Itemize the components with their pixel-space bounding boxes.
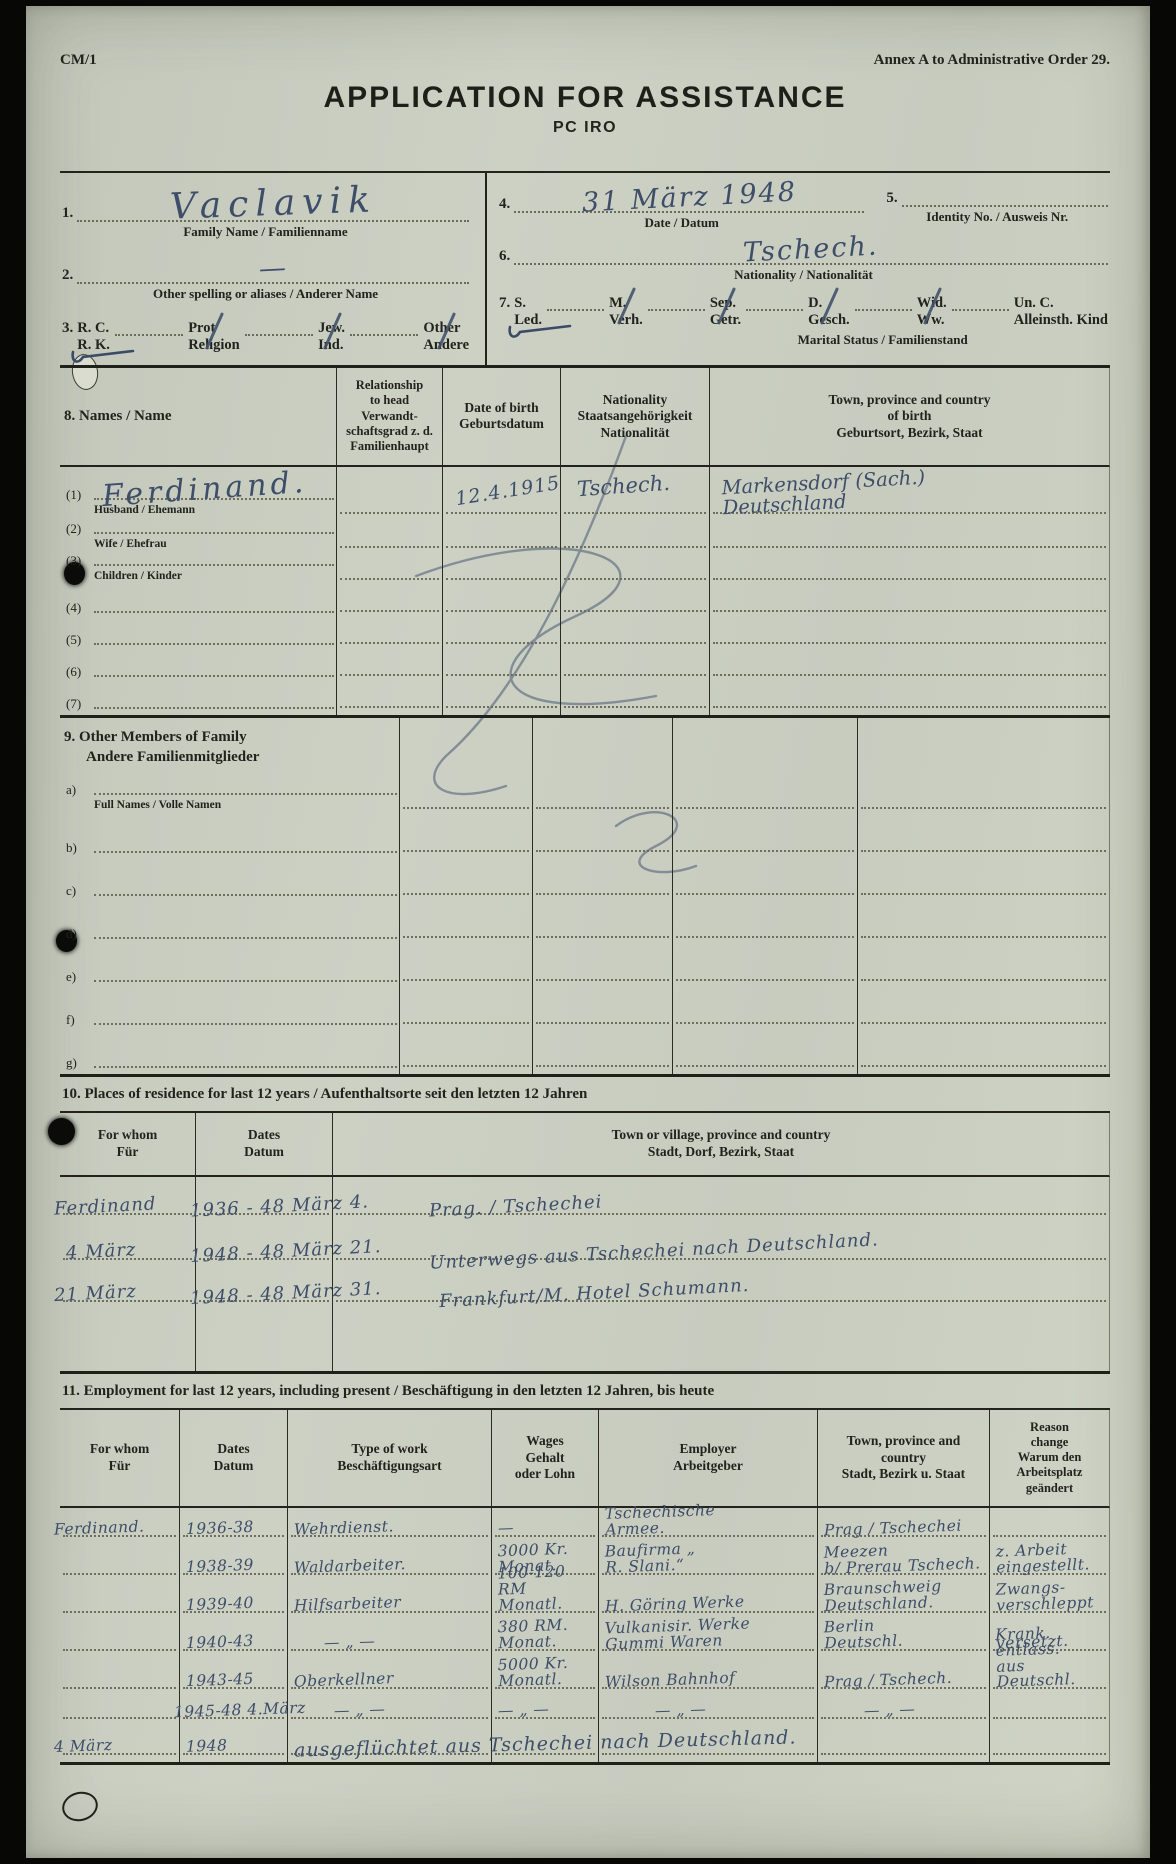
handwritten-work: Oberkellner (294, 1671, 394, 1690)
table-row-name: (4) (60, 587, 337, 619)
handwritten-town: Unterwegs aus Tschechei nach Deutschland… (429, 1232, 879, 1272)
handwritten-ditto: — „ — (655, 1702, 707, 1720)
handwritten-nationality: Tschech. (576, 471, 670, 501)
family-names-table: 8. Names / Name Relationship to head Ver… (60, 368, 1110, 718)
employer-cell: Vulkanisir. Werke Gummi Waren (599, 1620, 818, 1658)
work-cell: — „ — (288, 1696, 492, 1726)
s9-heading: 9. Other Members of FamilyAndere Familie… (60, 718, 400, 776)
field-number: 7. (499, 295, 510, 312)
field-number: 6. (499, 248, 510, 265)
s8-col-relationship: Relationship to head Verwandt- schaftsgr… (337, 368, 443, 467)
field-number: 4. (499, 196, 510, 213)
scanned-document-page: CM/1 Annex A to Administrative Order 29.… (0, 0, 1176, 1864)
field-label: Nationality / Nationalität (499, 267, 1108, 283)
handwritten-town: Prag. / Tschechei (429, 1194, 603, 1219)
handwritten-ditto: — „ — (498, 1702, 550, 1720)
handwritten-birthplace: Markensdorf (Sach.) Deutschland (721, 467, 926, 517)
dotted-leader (547, 309, 604, 311)
empty-cell (400, 859, 533, 902)
nationality-cell (561, 651, 710, 683)
handwritten-wages: — (498, 1521, 515, 1537)
empty-cell (400, 988, 533, 1031)
town-cell: Prag / Tschechei (818, 1508, 990, 1544)
religion-option-rc: R. C.R. K. (77, 320, 110, 355)
field-marital-status: 7. S.Led. M.Verh. Sep.Getr. (499, 295, 1108, 348)
wages-cell: — (492, 1508, 599, 1544)
table-row-name: (7) (60, 683, 337, 715)
town-cell: Frankfurt/M. Hotel Schumann. (333, 1267, 1110, 1309)
handwritten-dates: 1936-38 (186, 1520, 254, 1538)
dotted-line (94, 1021, 397, 1025)
handwritten-wages: 380 RM. Monat. (497, 1618, 569, 1652)
table-row-member: g) (60, 1031, 400, 1074)
for-whom-cell: 4 März (60, 1222, 196, 1267)
empty-cell (333, 1309, 1110, 1371)
identity-fields-block: 1. Vaclavik Family Name / Familienname 2… (60, 171, 1110, 368)
handwritten-dates: 1938-39 (186, 1558, 254, 1576)
empty-cell (673, 902, 858, 945)
handwritten-wages: 5000 Kr. Monatl. (497, 1656, 569, 1690)
nationality-cell (561, 555, 710, 587)
handwritten-ditto: — „ — (864, 1702, 916, 1720)
table-row-member: c) (60, 859, 400, 902)
check-mark (69, 347, 139, 367)
birthplace-cell (710, 587, 1110, 619)
empty-cell (400, 718, 533, 776)
dob-cell (443, 683, 561, 715)
header-annex: Annex A to Administrative Order 29. (874, 52, 1110, 69)
empty-cell (858, 859, 1110, 902)
header-form-code: CM/1 (60, 52, 97, 69)
marital-option-widowed: Wid.Ww. (917, 295, 947, 330)
handwritten-work: — „ — (324, 1634, 376, 1652)
s8-col-date-of-birth: Date of birth Geburtsdatum (443, 368, 561, 467)
reason-cell: Krank. entlass. aus Deutschl. (990, 1658, 1110, 1696)
s11-col-work: Type of work Beschäftigungsart (288, 1410, 492, 1508)
s11-heading: 11. Employment for last 12 years, includ… (60, 1374, 1110, 1408)
for-whom-cell (60, 1544, 180, 1582)
handwritten-town: Frankfurt/M. Hotel Schumann. (439, 1277, 750, 1309)
dob-cell: 12.4.1915 (443, 467, 561, 521)
dates-cell: 1943-45 (180, 1658, 288, 1696)
dob-cell (443, 651, 561, 683)
dates-cell: 1936-38 (180, 1508, 288, 1544)
empty-cell (400, 1031, 533, 1074)
s11-col-wages: Wages Gehalt oder Lohn (492, 1410, 599, 1508)
empty-cell (673, 718, 858, 776)
dates-cell: 1940-43 (180, 1620, 288, 1658)
dotted-leader (855, 309, 912, 311)
handwritten-for-whom: Ferdinand. (54, 1519, 145, 1538)
dates-cell: 1945-48 4.März (180, 1696, 288, 1726)
religion-option-prot: ProtReligion (188, 320, 240, 355)
empty-cell (60, 1309, 196, 1371)
s11-col-dates: Dates Datum (180, 1410, 288, 1508)
handwritten-dates: 1945-48 4.März (174, 1701, 306, 1721)
reason-cell (990, 1696, 1110, 1726)
table-row-name: (2) Wife / Ehefrau (60, 521, 337, 555)
handwritten-family-name: Vaclavik (169, 185, 377, 223)
table-row-name: (3) Children / Kinder (60, 555, 337, 587)
employer-cell: Tschechische Armee. (599, 1508, 818, 1544)
s11-col-for-whom: For whom Für (60, 1410, 180, 1508)
field-label: Family Name / Familienname (62, 224, 469, 240)
s11-col-town: Town, province and country Stadt, Bezirk… (818, 1410, 990, 1508)
wages-cell: 100-120 RM Monatl. (492, 1582, 599, 1620)
nationality-cell (561, 619, 710, 651)
handwritten-employer: Tschechische Armee. (604, 1503, 715, 1538)
dotted-line (94, 641, 334, 645)
dates-cell: 1938-39 (180, 1544, 288, 1582)
handwritten-reason: Zwangs- verschleppt (995, 1579, 1094, 1614)
field-label: Marital Status / Familienstand (499, 332, 1108, 348)
employment-table: For whom Für Dates Datum Type of work Be… (60, 1408, 1110, 1765)
table-row-name: (5) (60, 619, 337, 651)
town-cell: Braunschweig Deutschland. (818, 1582, 990, 1620)
empty-cell (673, 1031, 858, 1074)
handwritten-employer: Wilson Bahnhof (605, 1671, 736, 1691)
birthplace-cell (710, 619, 1110, 651)
for-whom-cell: 21 März (60, 1267, 196, 1309)
dates-cell: 1936 - 48 März 4. (196, 1177, 333, 1222)
for-whom-cell (60, 1658, 180, 1696)
s11-col-employer: Employer Arbeitgeber (599, 1410, 818, 1508)
handwritten-dates: 1939-40 (186, 1596, 254, 1614)
empty-cell (858, 945, 1110, 988)
religion-option-jew: Jew.Ind. (318, 320, 345, 355)
dotted-line (94, 562, 334, 566)
field-label: Date / Datum (499, 215, 864, 231)
form-title: APPLICATION FOR ASSISTANCE (60, 81, 1110, 115)
employer-cell: — „ — (599, 1696, 818, 1726)
dotted-leader (952, 309, 1009, 311)
empty-cell (858, 816, 1110, 859)
other-family-table: 9. Other Members of FamilyAndere Familie… (60, 718, 1110, 1077)
handwritten-town: Berlin Deutschl. (823, 1618, 903, 1652)
dates-cell: 1948 (180, 1726, 288, 1762)
handwritten-for-whom: 4 März (66, 1242, 137, 1262)
table-row-member: b) (60, 816, 400, 859)
row-label: Wife / Ehefrau (62, 537, 334, 552)
field-family-name: 1. Vaclavik Family Name / Familienname (62, 189, 469, 240)
dates-cell: 1948 - 48 März 31. (196, 1267, 333, 1309)
handwritten-for-whom: 4 März (54, 1738, 113, 1756)
field-other-spelling: 2. — Other spelling or aliases / Anderer… (62, 258, 469, 302)
field-nationality: 6. Tschech. Nationality / Nationalität (499, 239, 1108, 283)
handwritten-date: 31 März 1948 (581, 181, 797, 215)
handwritten-employer: Baufirma „ R. Slani.“ (604, 1542, 696, 1577)
empty-cell (533, 859, 673, 902)
for-whom-cell (60, 1582, 180, 1620)
dotted-line (94, 705, 334, 709)
work-cell: Oberkellner (288, 1658, 492, 1696)
field-number: 1. (62, 205, 73, 222)
empty-cell (673, 859, 858, 902)
table-row-member: d) (60, 902, 400, 945)
s8-col-birthplace: Town, province and country of birth Gebu… (710, 368, 1110, 467)
table-row-member: e) (60, 945, 400, 988)
dotted-line (94, 935, 397, 939)
dotted-leader (245, 334, 313, 336)
empty-cell (400, 945, 533, 988)
form-subtitle: PC IRO (60, 119, 1110, 137)
dotted-line: Tschech. (514, 239, 1108, 265)
dob-cell (443, 555, 561, 587)
for-whom-cell: Ferdinand. (60, 1508, 180, 1544)
handwritten-town: Meezen b/ Prerau Tschech. (823, 1540, 980, 1577)
field-number: 2. (62, 267, 73, 284)
employer-cell: H. Göring Werke (599, 1582, 818, 1620)
empty-cell (858, 718, 1110, 776)
table-row-member: a) Full Names / Volle Namen (60, 776, 400, 816)
handwritten-town: Prag / Tschechei (824, 1519, 962, 1540)
dob-cell (443, 587, 561, 619)
field-religion: 3. R. C.R. K. ProtReligion Jew.Ind. (62, 320, 469, 355)
work-cell: Wehrdienst. (288, 1508, 492, 1544)
relationship-cell (337, 619, 443, 651)
s10-col-for-whom: For whom Für (60, 1113, 196, 1177)
birthplace-cell: Markensdorf (Sach.) Deutschland (710, 467, 1110, 521)
table-row-member: f) (60, 988, 400, 1031)
handwritten-ditto: — „ — (334, 1702, 386, 1720)
town-cell: Unterwegs aus Tschechei nach Deutschland… (333, 1222, 1110, 1267)
empty-cell (858, 1031, 1110, 1074)
handwritten-reason: z. Arbeit eingestellt. (995, 1542, 1090, 1577)
handwritten-nationality: Tschech. (743, 235, 879, 265)
for-whom-cell: 4 März (60, 1726, 180, 1762)
dates-cell: 1939-40 (180, 1582, 288, 1620)
for-whom-cell: Ferdinand (60, 1177, 196, 1222)
s10-heading: 10. Places of residence for last 12 year… (60, 1077, 1110, 1111)
empty-cell (533, 945, 673, 988)
relationship-cell (337, 555, 443, 587)
field-number: 5. (886, 190, 897, 207)
field-label: Other spelling or aliases / Anderer Name (62, 286, 469, 302)
handwritten-reason: Krank. entlass. aus Deutschl. (995, 1624, 1104, 1691)
wages-cell: 5000 Kr. Monatl. (492, 1658, 599, 1696)
handwritten-for-whom: 21 März (54, 1283, 138, 1304)
empty-cell (400, 902, 533, 945)
nationality-cell (561, 683, 710, 715)
dotted-line: — (77, 258, 469, 284)
marital-option-unaccompanied-child: Un. C.Alleinsth. Kind (1014, 295, 1108, 330)
empty-cell (533, 1031, 673, 1074)
for-whom-cell (60, 1620, 180, 1658)
dates-cell: 1948 - 48 März 21. (196, 1222, 333, 1267)
town-cell: Prag. / Tschechei (333, 1177, 1110, 1222)
birthplace-cell (710, 683, 1110, 715)
dotted-leader (648, 309, 705, 311)
empty-cell (673, 988, 858, 1031)
empty-cell (196, 1309, 333, 1371)
empty-cell (673, 816, 858, 859)
handwritten-town: Braunschweig Deutschland. (823, 1579, 942, 1615)
relationship-cell (337, 587, 443, 619)
dotted-line: 31 März 1948 (514, 187, 864, 213)
dotted-line (94, 530, 334, 534)
empty-cell (533, 718, 673, 776)
empty-cell (400, 816, 533, 859)
empty-cell (858, 902, 1110, 945)
dob-cell (443, 521, 561, 555)
relationship-cell (337, 467, 443, 521)
s8-heading: 8. Names / Name (60, 368, 337, 467)
relationship-cell (337, 651, 443, 683)
handwritten-dates: 1948 (186, 1738, 228, 1755)
handwritten-town: Prag / Tschech. (824, 1671, 953, 1691)
dotted-line (94, 1064, 397, 1068)
handwritten-employer: H. Göring Werke (605, 1595, 745, 1616)
for-whom-cell (60, 1696, 180, 1726)
work-cell: Waldarbeiter. (288, 1544, 492, 1582)
handwritten-work: Wehrdienst. (294, 1519, 394, 1538)
s8-col-nationality: Nationality Staatsangehörigkeit National… (561, 368, 710, 467)
dotted-line (94, 609, 334, 613)
marital-option-divorced: D.Gesch. (808, 295, 849, 330)
town-cell (818, 1726, 990, 1762)
handwritten-employer: Vulkanisir. Werke Gummi Waren (604, 1617, 751, 1654)
dotted-leader (746, 309, 803, 311)
employer-cell: Wilson Bahnhof (599, 1658, 818, 1696)
town-cell: Berlin Deutschl. (818, 1620, 990, 1658)
empty-cell (858, 988, 1110, 1031)
birthplace-cell (710, 651, 1110, 683)
dotted-line: Vaclavik (77, 189, 469, 222)
empty-cell (533, 988, 673, 1031)
relationship-cell (337, 521, 443, 555)
religion-option-other: OtherAndere (423, 320, 469, 355)
table-row-name: (6) (60, 651, 337, 683)
field-label: Identity No. / Ausweis Nr. (886, 209, 1108, 225)
dotted-line (94, 791, 397, 795)
handwritten-work: Waldarbeiter. (294, 1557, 406, 1577)
handwritten-wages: 100-120 RM Monatl. (497, 1564, 593, 1615)
town-cell: — „ — (818, 1696, 990, 1726)
birthplace-cell (710, 555, 1110, 587)
empty-cell (400, 776, 533, 816)
note-cell: ausgeflüchtet aus Tschechei nach Deutsch… (288, 1726, 492, 1762)
marital-option-separated: Sep.Getr. (710, 295, 741, 330)
dotted-leader (350, 334, 418, 336)
handwritten-dates: 1940-43 (186, 1634, 254, 1652)
punch-hole-outline (59, 1788, 101, 1825)
marital-option-married: M.Verh. (609, 295, 643, 330)
check-mark (506, 322, 576, 342)
paper-sheet: CM/1 Annex A to Administrative Order 29.… (26, 6, 1150, 1858)
dotted-leader (115, 334, 183, 336)
reason-cell (990, 1726, 1110, 1762)
empty-cell (533, 776, 673, 816)
field-date: 4. 31 März 1948 Date / Datum (499, 187, 864, 231)
dob-cell (443, 619, 561, 651)
dotted-line (902, 187, 1108, 207)
town-cell: Prag / Tschech. (818, 1658, 990, 1696)
empty-cell (533, 816, 673, 859)
handwritten-for-whom: Ferdinand (54, 1196, 157, 1218)
reason-cell (990, 1508, 1110, 1544)
wages-cell: — „ — (492, 1696, 599, 1726)
nationality-cell (561, 587, 710, 619)
reason-cell: z. Arbeit eingestellt. (990, 1544, 1110, 1582)
table-row-name: Ferdinand. (1) Husband / Ehemann (60, 467, 337, 521)
row-label: Full Names / Volle Namen (62, 798, 397, 813)
fields-right-column: 4. 31 März 1948 Date / Datum 5. Identity… (487, 173, 1110, 365)
work-cell: — „ — (288, 1620, 492, 1658)
empty-cell (858, 776, 1110, 816)
dotted-line (94, 849, 397, 853)
fields-left-column: 1. Vaclavik Family Name / Familienname 2… (60, 173, 487, 365)
wages-cell: 380 RM. Monat. (492, 1620, 599, 1658)
dotted-line (94, 673, 334, 677)
employer-cell: Baufirma „ R. Slani.“ (599, 1544, 818, 1582)
relationship-cell (337, 683, 443, 715)
row-label: Children / Kinder (62, 569, 334, 584)
handwritten-dob: 12.4.1915 (454, 472, 562, 510)
handwritten-work: Hilfsarbeiter (294, 1595, 402, 1615)
empty-cell (533, 902, 673, 945)
residence-table: For whom Für Dates Datum Town or village… (60, 1111, 1110, 1374)
handwritten-dash: — (258, 257, 288, 281)
dotted-line (94, 978, 397, 982)
s11-col-reason: Reason change Warum den Arbeitsplatz geä… (990, 1410, 1110, 1508)
field-identity-no: 5. Identity No. / Ausweis Nr. (886, 187, 1108, 231)
work-cell: Hilfsarbeiter (288, 1582, 492, 1620)
empty-cell (673, 945, 858, 988)
nationality-cell: Tschech. (561, 467, 710, 521)
empty-cell (673, 776, 858, 816)
handwritten-dates: 1943-45 (186, 1672, 254, 1690)
birthplace-cell (710, 521, 1110, 555)
reason-cell: Zwangs- verschleppt (990, 1582, 1110, 1620)
nationality-cell (561, 521, 710, 555)
field-number: 3. (62, 320, 73, 337)
s10-col-town: Town or village, province and country St… (333, 1113, 1110, 1177)
town-cell: Meezen b/ Prerau Tschech. (818, 1544, 990, 1582)
s10-col-dates: Dates Datum (196, 1113, 333, 1177)
dotted-line (94, 892, 397, 896)
marital-option-single: S.Led. (514, 295, 542, 330)
